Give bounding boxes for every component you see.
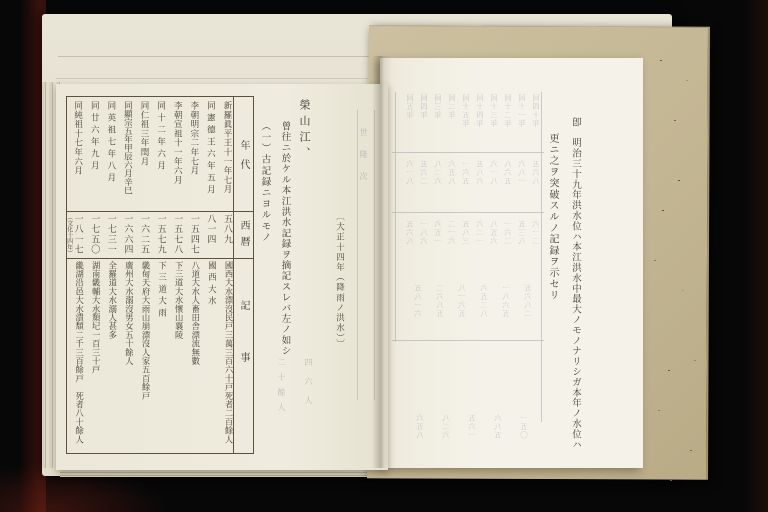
- table-row: 同純祖十七年六月 一八一七 （文化十四年） 畿湖沿邑大水潰頽二千三百餘戸 死者八…: [67, 97, 83, 453]
- seireki-cell: 一五四七: [183, 214, 199, 256]
- showthrough-line: [395, 92, 396, 342]
- showthrough-number: 八二六: [443, 414, 451, 440]
- showthrough-line: [357, 110, 358, 400]
- showthrough-text: 二十餘人: [277, 358, 285, 418]
- table-row: 同憲德王六年五月 八一四 國西大水: [199, 97, 215, 453]
- showthrough-number: 六一八: [491, 160, 499, 186]
- seireki-cell: 八一四: [199, 214, 215, 256]
- showthrough-number: 六五八: [449, 160, 457, 186]
- kiji-cell: 畿甸天府大雨山崩漂沒人家五百餘戸: [133, 261, 149, 449]
- nendai-cell: 同廿六年九月: [83, 101, 99, 211]
- kiji-cell: 湖南畿輔大水頽圮一百三十戸: [83, 261, 99, 449]
- nendai-cell: 同憲德王六年五月: [199, 101, 215, 211]
- nendai-cell: 同純祖十七年六月: [67, 101, 83, 211]
- showthrough-number: 二六八五: [437, 284, 445, 318]
- right-page-sentence-2: 更ニ之ヲ突破スルノ記録ヲ示セリ: [547, 133, 557, 313]
- kiji-cell: 畿湖沿邑大水潰頽二千三百餘戸 死者八十餘人: [67, 261, 83, 449]
- showthrough-line: [392, 340, 544, 341]
- showthrough-number: 六五一: [435, 220, 443, 246]
- seireki-cell: 一六二五: [133, 214, 149, 256]
- showthrough-number: 五八三: [463, 220, 471, 246]
- right-page: 同四十年 同十一年 同十二年 同十三年 同十四年 同十五年 同二年 同三年 同四…: [380, 58, 643, 468]
- showthrough-number: 六一二: [533, 220, 541, 246]
- showthrough-text: 世隆次: [359, 128, 367, 194]
- showthrough-text: 同四年: [421, 94, 429, 120]
- showthrough-text: 同三年: [435, 94, 443, 120]
- showthrough-number: 六八一: [519, 160, 527, 186]
- nendai-cell: 李朝宣祖十一年六月: [166, 101, 182, 211]
- showthrough-text: 同二年: [449, 94, 457, 120]
- showthrough-number: 八二六: [435, 160, 443, 186]
- table-row: 李朝宣祖十一年六月 一五七八 下三道大水懷山襄陵: [166, 97, 182, 453]
- showthrough-number: 六一八: [407, 160, 415, 186]
- showthrough-line: [392, 152, 544, 153]
- showthrough-line: [392, 212, 544, 213]
- table-row: 同仁祖三年閏月 一六二五 畿甸天府大雨山崩漂沒人家五百餘戸: [133, 97, 149, 453]
- showthrough-number: 六八五: [495, 414, 503, 440]
- kiji-cell: 下三道大水懷山襄陵: [166, 261, 182, 449]
- showthrough-text: 同五年: [407, 94, 415, 120]
- table-row: 李朝明宗二年七月 一五四七 八道大水人畜田舎漂流無數: [183, 97, 199, 453]
- seireki-cell: 一七三一: [100, 214, 116, 256]
- kiji-cell: 國西大水: [199, 261, 215, 449]
- showthrough-number: 五六八: [533, 160, 541, 186]
- nendai-cell: 同英祖七年八月: [100, 101, 116, 211]
- showthrough-number: 一六五: [463, 160, 471, 186]
- table-row: 同十二年六月 一五七九 下三道大雨: [150, 97, 166, 453]
- table-row: 同英祖七年八月 一七三一 全羅道大水溺人甚多: [100, 97, 116, 453]
- showthrough-number: 六五二八: [481, 284, 489, 318]
- showthrough-text: 同十四年: [477, 94, 485, 128]
- showthrough-number: 二一六: [449, 220, 457, 246]
- showthrough-text: 同十二年: [505, 94, 513, 128]
- seireki-cell: 一六六四: [116, 214, 132, 256]
- showthrough-number: 一八六五: [503, 284, 511, 318]
- showthrough-number: 八六五: [505, 160, 513, 186]
- seireki-cell: 一五七八: [166, 214, 182, 256]
- page-edge-line: [56, 78, 386, 79]
- heading-sentence: 曾往ニ於ケル本江洪水記録ヲ摘記スレバ左ノ如シ: [279, 121, 289, 363]
- showthrough-number: 五八六: [477, 160, 485, 186]
- nendai-cell: 李朝明宗二年七月: [183, 101, 199, 211]
- table-header-separator: [233, 97, 234, 453]
- seireki-note: （文化十四年）: [65, 214, 74, 256]
- table-row: 新羅眞平王十一年七月 五八九 國西大水漂沒民戸三萬三百六十戸死者二百餘人: [216, 97, 232, 453]
- showthrough-text: 同四十年: [533, 94, 541, 128]
- nendai-cell: 同十二年六月: [150, 101, 166, 211]
- showthrough-number: 五六八二: [525, 284, 533, 318]
- showthrough-number: 八五六: [491, 220, 499, 246]
- background-tint-right: [742, 0, 768, 512]
- nendai-cell: 同顯宗五年甲辰六月辛巳: [116, 101, 132, 211]
- kiji-cell: 全羅道大水溺人甚多: [100, 261, 116, 449]
- showthrough-number: 五八一六: [415, 284, 423, 318]
- column-header-nendai: 年代: [235, 119, 251, 199]
- showthrough-text: 四六人: [304, 358, 312, 415]
- seireki-cell: 一七五〇: [83, 214, 99, 256]
- column-header-kiji: 記事: [235, 292, 251, 412]
- showthrough-number: 五六八: [407, 220, 415, 246]
- showthrough-number: 五三八: [519, 220, 527, 246]
- prev-section-note: 〔大正十四年（降雨ノ洪水）〕: [336, 212, 345, 382]
- nendai-cell: 同仁祖三年閏月: [133, 101, 149, 211]
- showthrough-number: 六五八: [417, 414, 425, 440]
- book-gutter-shadow: [372, 56, 392, 468]
- book-photograph: 同四十年 同十一年 同十二年 同十三年 同十四年 同十五年 同二年 同三年 同四…: [0, 0, 768, 512]
- flood-record-table: 年代 西暦 記事 新羅眞平王十一年七月 五八九 國西大水漂沒民戸三萬三百六十戸死…: [66, 96, 254, 454]
- kiji-cell: 廣州大水溺沒男女五十餘人: [116, 261, 132, 449]
- showthrough-number: 一六二: [505, 220, 513, 246]
- kiji-cell: 八道大水人畜田舎漂流無數: [183, 261, 199, 449]
- column-header-seireki: 西暦: [235, 219, 251, 253]
- showthrough-number: 五六一: [469, 414, 477, 440]
- kraft-paper-speckles: [660, 60, 662, 61]
- seireki-cell: 一五七九: [150, 214, 166, 256]
- showthrough-number: 一五〇: [521, 414, 529, 440]
- showthrough-number: 八一六五: [459, 284, 467, 318]
- showthrough-text: 同十五年: [463, 94, 471, 128]
- seireki-cell: 五八九: [216, 214, 232, 256]
- kiji-cell: 下三道大雨: [150, 261, 166, 449]
- table-row: 同廿六年九月 一七五〇 湖南畿輔大水頽圮一百三十戸: [83, 97, 99, 453]
- showthrough-text: 同十三年: [491, 94, 499, 128]
- nendai-cell: 新羅眞平王十一年七月: [216, 101, 232, 211]
- heading-subitem: （一）古記録ニヨルモノ: [259, 121, 269, 251]
- right-page-sentence-1: 卽 明治三十九年洪水位ハ本江洪水中最大ノモノナリシガ本年ノ水位ハ: [570, 117, 580, 453]
- left-page: 世隆次 〔大正十四年（降雨ノ洪水）〕 榮山江、 曾往ニ於ケル本江洪水記録ヲ摘記ス…: [56, 84, 388, 470]
- kiji-cell: 國西大水漂沒民戸三萬三百六十戸死者二百餘人: [216, 261, 232, 449]
- section-title: 榮山江、: [298, 99, 309, 175]
- showthrough-line: [541, 92, 542, 422]
- table-row: 同顯宗五年甲辰六月辛巳 一六六四 廣州大水溺沒男女五十餘人: [116, 97, 132, 453]
- showthrough-text: 同十一年: [519, 94, 527, 128]
- showthrough-number: 六二一: [477, 220, 485, 246]
- showthrough-table: 同四十年 同十一年 同十二年 同十三年 同十四年 同十五年 同二年 同三年 同四…: [392, 88, 544, 470]
- showthrough-number: 五六二: [421, 160, 429, 186]
- showthrough-number: 一八六: [421, 220, 429, 246]
